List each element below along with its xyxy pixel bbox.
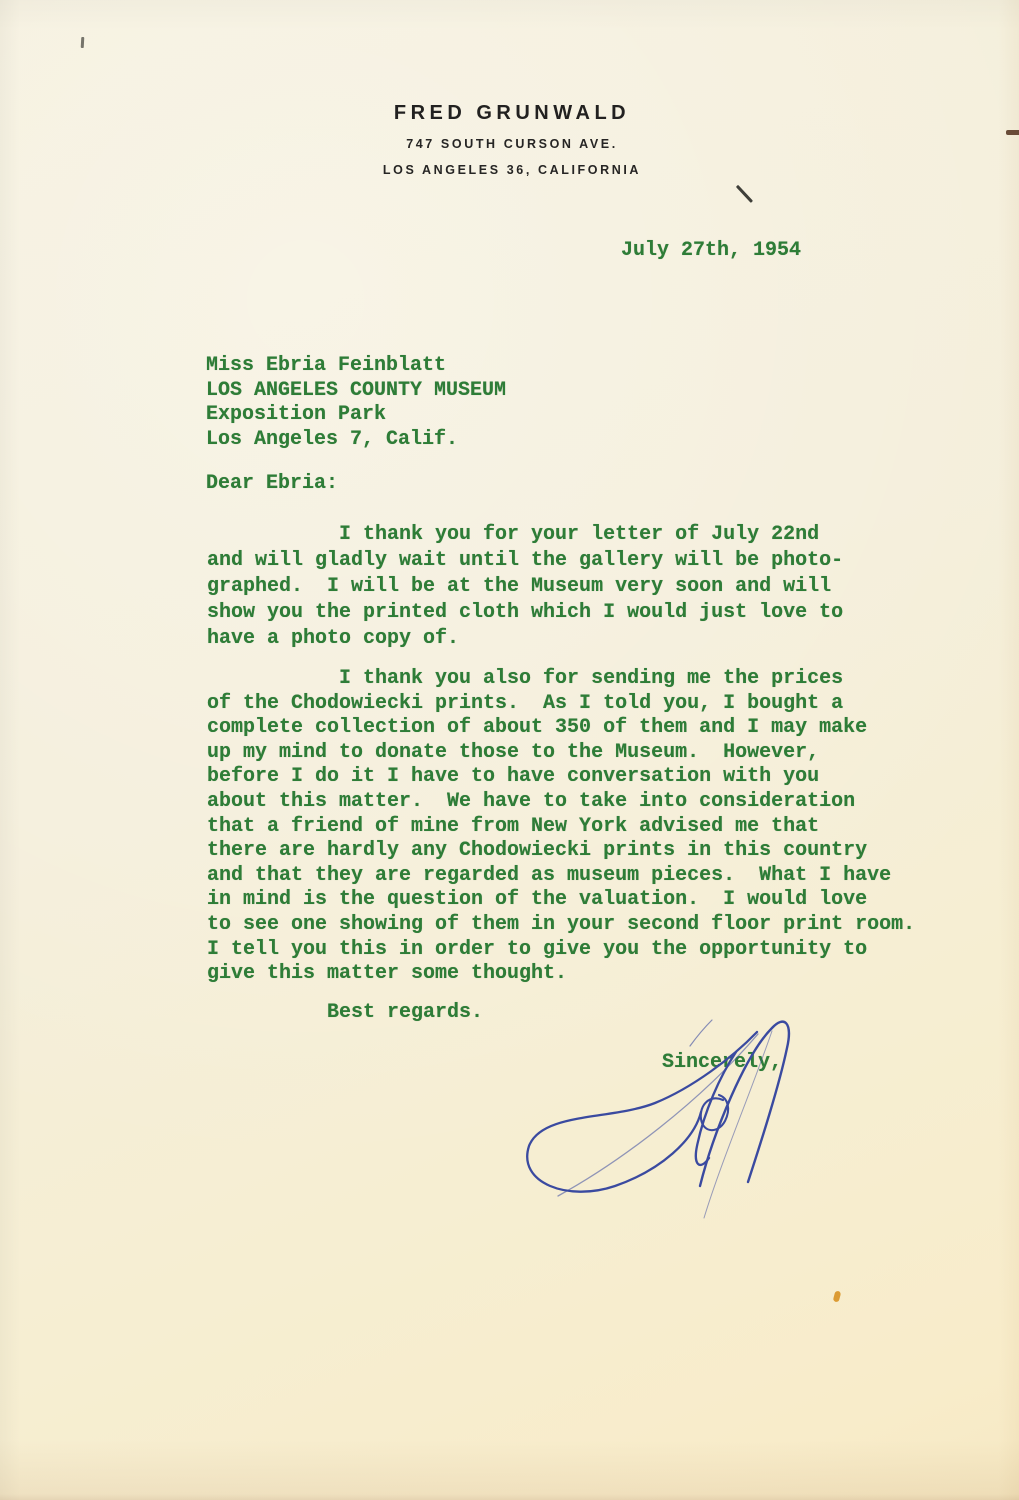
- handwritten-signature-flourish: [505, 1005, 815, 1230]
- letterhead-address-line1: 747 SOUTH CURSON AVE.: [292, 137, 732, 151]
- recipient-address-block: Miss Ebria Feinblatt LOS ANGELES COUNTY …: [206, 354, 506, 452]
- letterhead-address-line2: LOS ANGELES 36, CALIFORNIA: [292, 163, 732, 177]
- pencil-tick-mark: [81, 37, 84, 48]
- letter-paper: FRED GRUNWALD 747 SOUTH CURSON AVE. LOS …: [0, 0, 1019, 1500]
- page-edge-mark: [1006, 130, 1019, 135]
- ink-speck: [833, 1290, 842, 1302]
- letter-date: July 27th, 1954: [621, 239, 801, 262]
- closing-regards: Best regards.: [327, 1001, 483, 1024]
- salutation: Dear Ebria:: [206, 472, 338, 495]
- letterhead-name: FRED GRUNWALD: [292, 102, 732, 125]
- body-paragraph-1: I thank you for your letter of July 22nd…: [207, 522, 843, 652]
- backslash-pen-mark: [736, 185, 753, 203]
- body-paragraph-2: I thank you also for sending me the pric…: [207, 667, 915, 987]
